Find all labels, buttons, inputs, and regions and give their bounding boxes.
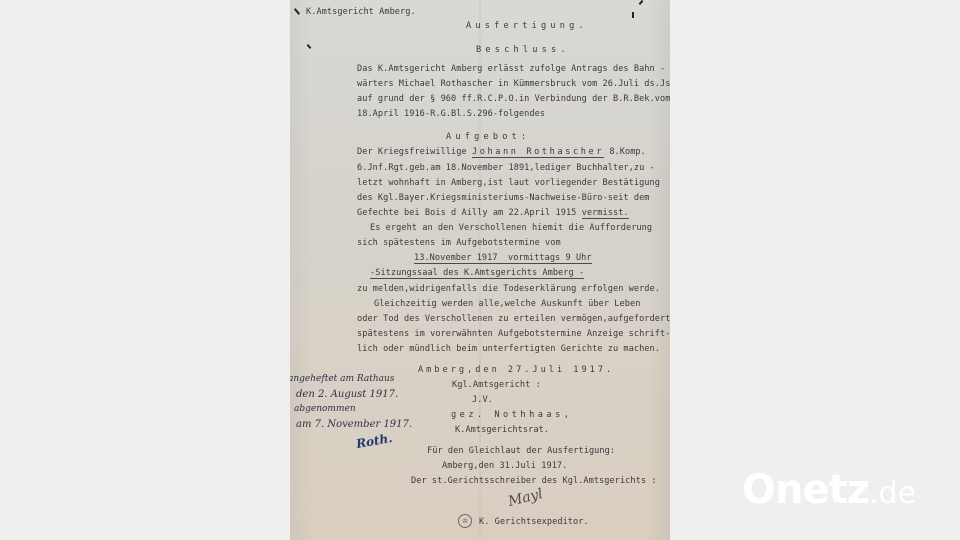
handwritten-note-line: am 7. November 1917. — [296, 419, 412, 430]
signed-by: gez. Nothhaas, — [451, 410, 572, 420]
missing-status: vermisst. — [582, 208, 629, 219]
hearing-place: -Sitzungssaal des K.Amtsgerichts Amberg … — [370, 268, 584, 279]
aufgebot-line: letzt wohnhaft in Amberg,ist laut vorlie… — [357, 178, 660, 188]
corner-mark — [307, 44, 312, 49]
summons-line: Es ergeht an den Verschollenen hiemit di… — [370, 223, 652, 233]
aufgebot-line: 6.Jnf.Rgt.geb.am 18.November 1891,ledige… — [357, 163, 655, 173]
aufgebot-line: des Kgl.Bayer.Kriegsministeriums-Nachwei… — [357, 193, 650, 203]
text: Der Kriegsfreiwillige — [357, 147, 472, 157]
aufgebot-line: Gefechte bei Bois d Ailly am 22.April 19… — [357, 208, 629, 218]
intro-line: auf grund der § 960 ff.R.C.P.O.in Verbin… — [357, 94, 670, 104]
brand-text: Onetz — [742, 467, 869, 513]
summons-line: sich spätestens im Aufgebotstermine vom — [357, 238, 561, 248]
missing-person-name: Johann Rothascher — [472, 147, 604, 158]
handwritten-note-line: angeheftet am Rathaus — [290, 374, 394, 385]
jv-label: J.V. — [472, 395, 493, 405]
clerk-signature: Mayl — [507, 486, 545, 510]
text: 8.Komp. — [604, 147, 646, 157]
signer-rank: K.Amtsgerichtsrat. — [455, 425, 549, 435]
request-line: spätestens im vorerwähnten Aufgebotsterm… — [357, 329, 670, 339]
document-subtitle: Beschluss. — [476, 45, 570, 55]
corner-mark — [294, 8, 300, 15]
text: Amberg,den 27.Juli 1917. — [418, 365, 614, 375]
brand-tld: .de — [869, 476, 916, 511]
intro-line: 18.April 1916-R.G.Bl.S.296-folgendes — [357, 109, 545, 119]
summons-end: zu melden,widrigenfalls die Todeserkläru… — [357, 284, 660, 294]
text: gez. Nothhaas, — [451, 410, 572, 420]
place-date: Amberg,den 27.Juli 1917. — [418, 365, 614, 375]
request-line: Gleichzeitig werden alle,welche Auskunft… — [374, 299, 640, 309]
certification-line: Der st.Gerichtsschreiber des Kgl.Amtsger… — [411, 476, 657, 486]
section-heading: Aufgebot: — [446, 132, 530, 142]
corner-mark — [632, 12, 634, 18]
corner-mark — [639, 0, 644, 5]
court-signature: Kgl.Amtsgericht : — [452, 380, 541, 390]
text: Gefechte bei Bois d Ailly am 22.April 19… — [357, 208, 582, 218]
seal-icon: ♔ — [458, 514, 472, 528]
intro-line: wärters Michael Rothascher in Kümmersbru… — [357, 79, 670, 89]
document-title: Ausfertigung. — [466, 21, 588, 31]
intro-line: Das K.Amtsgericht Amberg erlässt zufolge… — [357, 64, 665, 74]
aufgebot-line: Der Kriegsfreiwillige Johann Rothascher … — [357, 147, 646, 157]
certification-line: Für den Gleichlaut der Ausfertigung: — [427, 446, 615, 456]
certification-line: Amberg,den 31.Juli 1917. — [442, 461, 567, 471]
handwritten-note-line: abgenommen — [294, 404, 356, 415]
scanned-document: K.Amtsgericht Amberg. Ausfertigung. Besc… — [290, 0, 670, 540]
court-header: K.Amtsgericht Amberg. — [306, 7, 416, 17]
clerk-title: K. Gerichtsexpeditor. — [479, 517, 589, 527]
handwritten-initials: Roth. — [355, 431, 393, 451]
request-line: lich oder mündlich beim unterfertigten G… — [357, 344, 660, 354]
request-line: oder Tod des Verschollenen zu erteilen v… — [357, 314, 670, 324]
onetz-watermark-logo: Onetz.de — [742, 468, 916, 516]
hearing-date: 13.November 1917 vormittags 9 Uhr — [414, 253, 592, 264]
handwritten-note-line: den 2. August 1917. — [296, 389, 398, 400]
